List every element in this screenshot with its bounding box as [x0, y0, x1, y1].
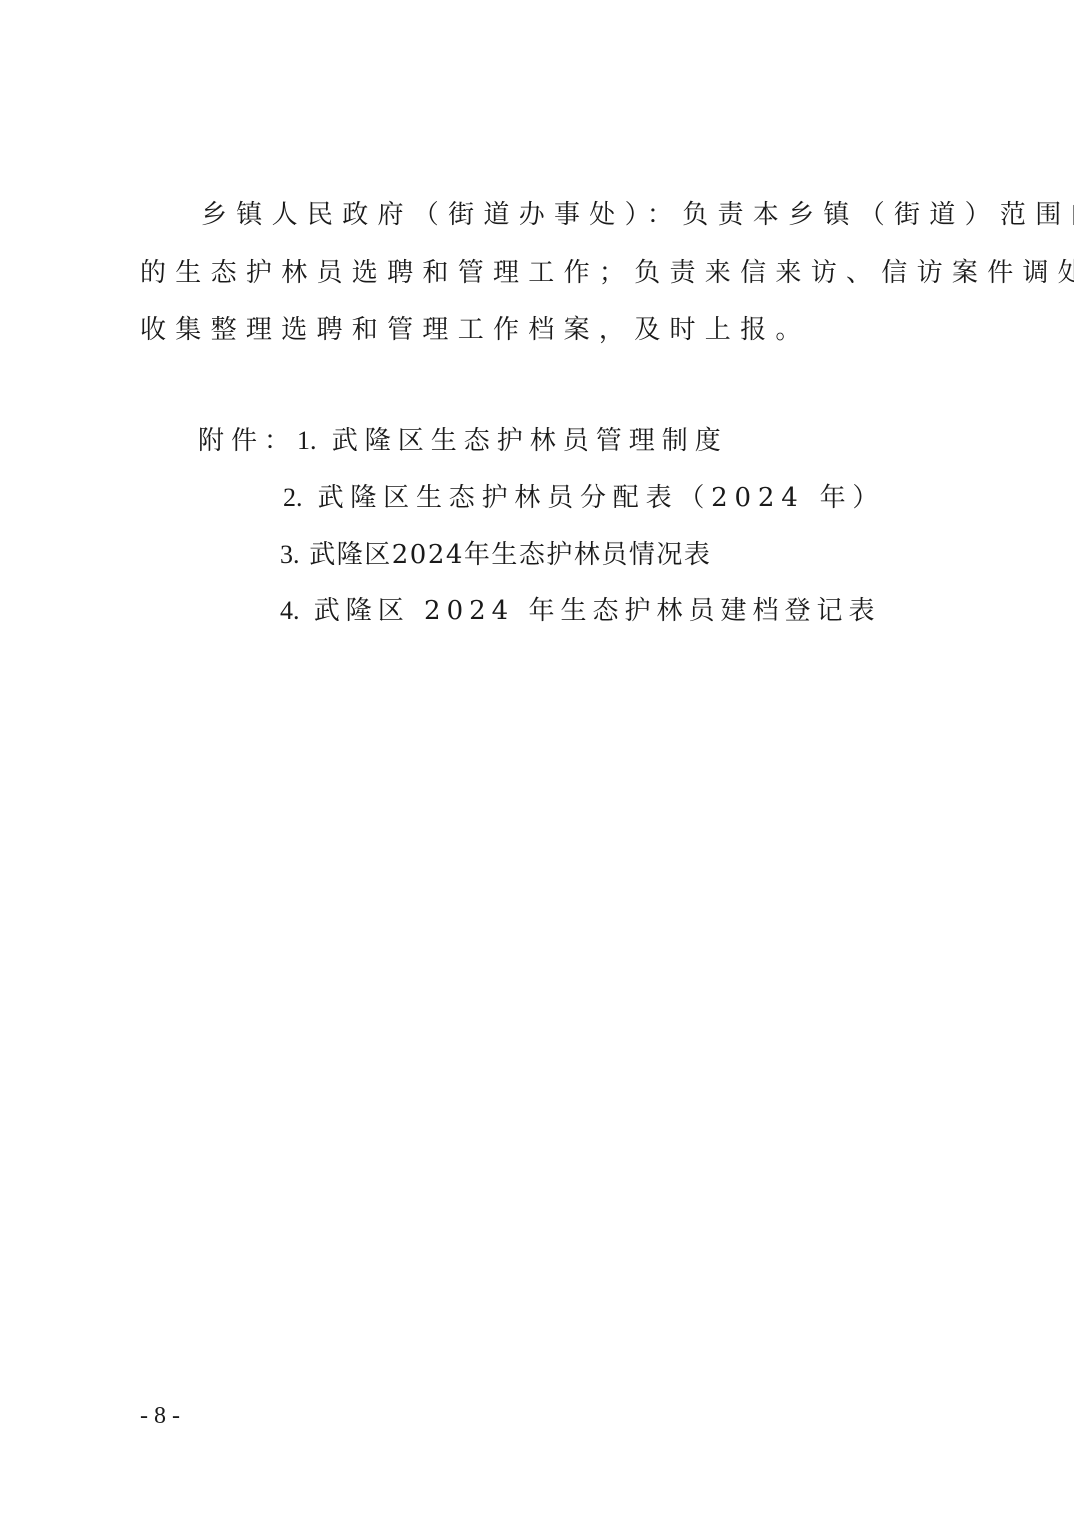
attachment-number: 3. [280, 540, 300, 569]
attachment-number: 1. [297, 426, 317, 455]
attachment-number: 2. [283, 483, 303, 512]
attachment-item-2: 2. 武隆区生态护林员分配表（2024 年） [283, 483, 885, 513]
document-page: 乡镇人民政府（街道办事处）：负责本乡镇（街道）范围内 的生态护林员选聘和管理工作… [0, 0, 1074, 1520]
attachment-item-1: 附件：1. 武隆区生态护林员管理制度 [198, 426, 728, 456]
attachment-item-4: 4. 武隆区 2024 年生态护林员建档登记表 [280, 596, 880, 626]
attachment-number: 4. [280, 596, 300, 625]
paragraph-line-3: 收集整理选聘和管理工作档案，及时上报。 [140, 315, 811, 345]
attachment-item-3: 3. 武隆区2024年生态护林员情况表 [280, 540, 711, 570]
paragraph-line-2: 的生态护林员选聘和管理工作；负责来信来访、信访案件调处； [140, 258, 1074, 288]
paragraph-line-1: 乡镇人民政府（街道办事处）：负责本乡镇（街道）范围内 [201, 200, 1074, 230]
attachment-title: 武隆区 2024 年生态护林员建档登记表 [314, 596, 881, 626]
page-number: - 8 - [140, 1402, 180, 1430]
attachment-title: 武隆区2024年生态护林员情况表 [309, 540, 711, 570]
attachments-label: 附件： [198, 426, 297, 456]
attachment-title: 武隆区生态护林员管理制度 [332, 426, 728, 456]
attachment-title: 武隆区生态护林员分配表（2024 年） [318, 483, 886, 513]
